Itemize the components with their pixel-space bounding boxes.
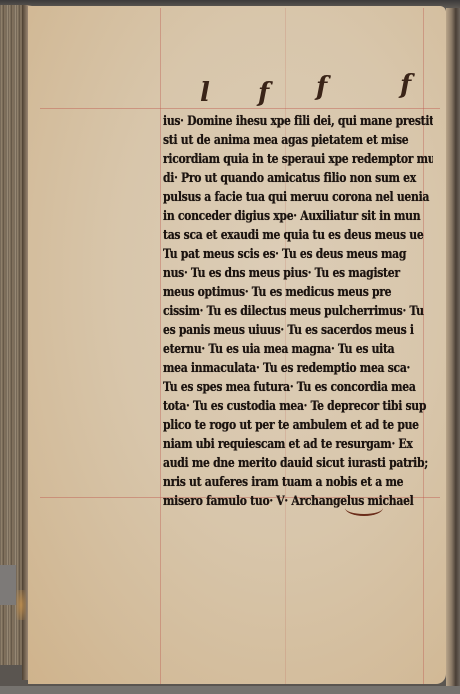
book-page-edges-gap [0, 565, 16, 605]
text-line: Tu es spes mea futura· Tu es concordia m… [163, 377, 433, 396]
foxing-stain [16, 590, 26, 620]
cadel-ascender-4: f [400, 70, 411, 100]
cadel-ascender-2: f [258, 78, 269, 108]
text-line: ius· Domine ihesu xpe fili dei, qui mane… [163, 111, 433, 130]
text-line: plico te rogo ut per te ambulem et ad te… [163, 415, 433, 434]
page-right-edge [446, 8, 460, 686]
text-line: sti ut de anima mea agas pietatem et mis… [163, 130, 433, 149]
text-line: audi me dne merito dauid sicut iurasti p… [163, 453, 433, 472]
descender-flourish [345, 500, 383, 516]
text-line: in conceder digius xpe· Auxiliatur sit i… [163, 206, 433, 225]
text-line: niam ubi requiescam et ad te resurgam· E… [163, 434, 433, 453]
text-line: tas sca et exaudi me quia tu es deus meu… [163, 225, 433, 244]
text-line: ricordiam quia in te speraui xpe redempt… [163, 149, 433, 168]
text-line: misero famulo tuo· V· Archangelus michae… [163, 491, 433, 510]
ruling-line-top [40, 108, 440, 109]
ruling-line-left [160, 8, 161, 684]
text-line: eternu· Tu es uia mea magna· Tu es uita [163, 339, 433, 358]
background-bottom [0, 686, 460, 694]
cadel-ascender-1: l [200, 78, 210, 108]
text-line: di· Pro ut quando amicatus filio non sum… [163, 168, 433, 187]
text-line: pulsus a facie tua qui meruu corona nel … [163, 187, 433, 206]
text-line: meus optimus· Tu es medicus meus pre [163, 282, 433, 301]
text-line: Tu pat meus scis es· Tu es deus meus mag [163, 244, 433, 263]
text-line: tota· Tu es custodia mea· Te deprecor ti… [163, 396, 433, 415]
text-line: mea inmaculata· Tu es redemptio mea sca· [163, 358, 433, 377]
text-line: cissim· Tu es dilectus meus pulcherrimus… [163, 301, 433, 320]
text-line: es panis meus uiuus· Tu es sacerdos meus… [163, 320, 433, 339]
text-line: nus· Tu es dns meus pius· Tu es magister [163, 263, 433, 282]
text-column: ius· Domine ihesu xpe fili dei, qui mane… [163, 111, 433, 510]
text-line: nris ut auferes iram tuam a nobis et a m… [163, 472, 433, 491]
cadel-ascender-3: f [316, 72, 327, 102]
